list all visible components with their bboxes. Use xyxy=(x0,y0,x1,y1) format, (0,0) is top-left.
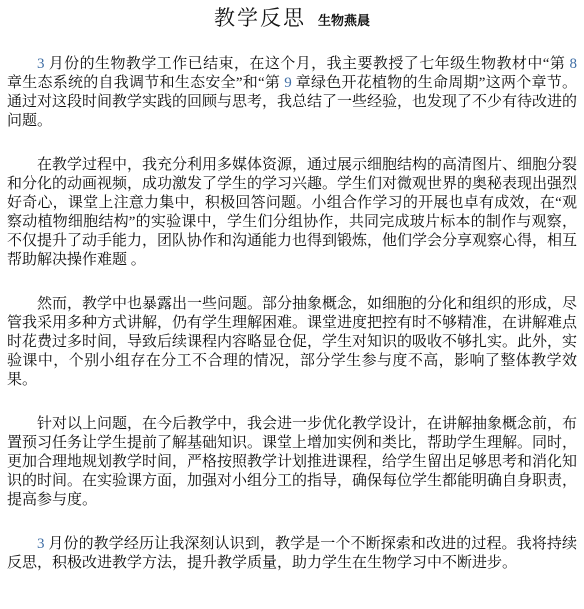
paragraph-text: 月份的教学经历让我深刻认识到，教学是一个不断探索和改进的过程。我将持续反思，积极… xyxy=(7,536,577,571)
paragraph-2: 在教学过程中，我充分利用多媒体资源，通过展示细胞结构的高清图片、细胞分裂和分化的… xyxy=(7,156,577,270)
paragraph-text: 针对以上问题，在今后教学中，我会进一步优化教学设计，在讲解抽象概念前，布置预习任… xyxy=(7,416,577,508)
paragraph-text: 然而，教学中也暴露出一些问题。部分抽象概念，如细胞的分化和组织的形成，尽管我采用… xyxy=(7,296,577,388)
document-title: 教学反思 xyxy=(214,6,306,30)
paragraph-4: 针对以上问题，在今后教学中，我会进一步优化教学设计，在讲解抽象概念前，布置预习任… xyxy=(7,415,577,510)
paragraph-1: 3 月份的生物教学工作已结束，在这个月，我主要教授了七年级生物教材中“第 8 章… xyxy=(7,55,577,131)
paragraph-5: 3 月份的教学经历让我深刻认识到，教学是一个不断探索和改进的过程。我将持续反思，… xyxy=(7,535,577,573)
document-header: 教学反思 生物燕晨 xyxy=(7,5,577,30)
page: 教学反思 生物燕晨 3 月份的生物教学工作已结束，在这个月，我主要教授了七年级生… xyxy=(0,0,584,609)
accent-number: 9 xyxy=(284,75,292,91)
document-body: 3 月份的生物教学工作已结束，在这个月，我主要教授了七年级生物教材中“第 8 章… xyxy=(7,55,577,573)
paragraph-text: 章生态系统的自我调节和生态安全”和“第 xyxy=(7,75,284,91)
accent-number: 8 xyxy=(570,56,578,72)
accent-number: 3 xyxy=(37,536,45,552)
document-byline: 生物燕晨 xyxy=(318,10,370,29)
document-page: { "header": { "title": "教学反思", "byline":… xyxy=(0,0,584,609)
accent-number: 3 xyxy=(37,56,45,72)
paragraph-text: 在教学过程中，我充分利用多媒体资源，通过展示细胞结构的高清图片、细胞分裂和分化的… xyxy=(7,157,577,268)
paragraph-text: 月份的生物教学工作已结束，在这个月，我主要教授了七年级生物教材中“第 xyxy=(45,56,570,72)
paragraph-3: 然而，教学中也暴露出一些问题。部分抽象概念，如细胞的分化和组织的形成，尽管我采用… xyxy=(7,295,577,390)
